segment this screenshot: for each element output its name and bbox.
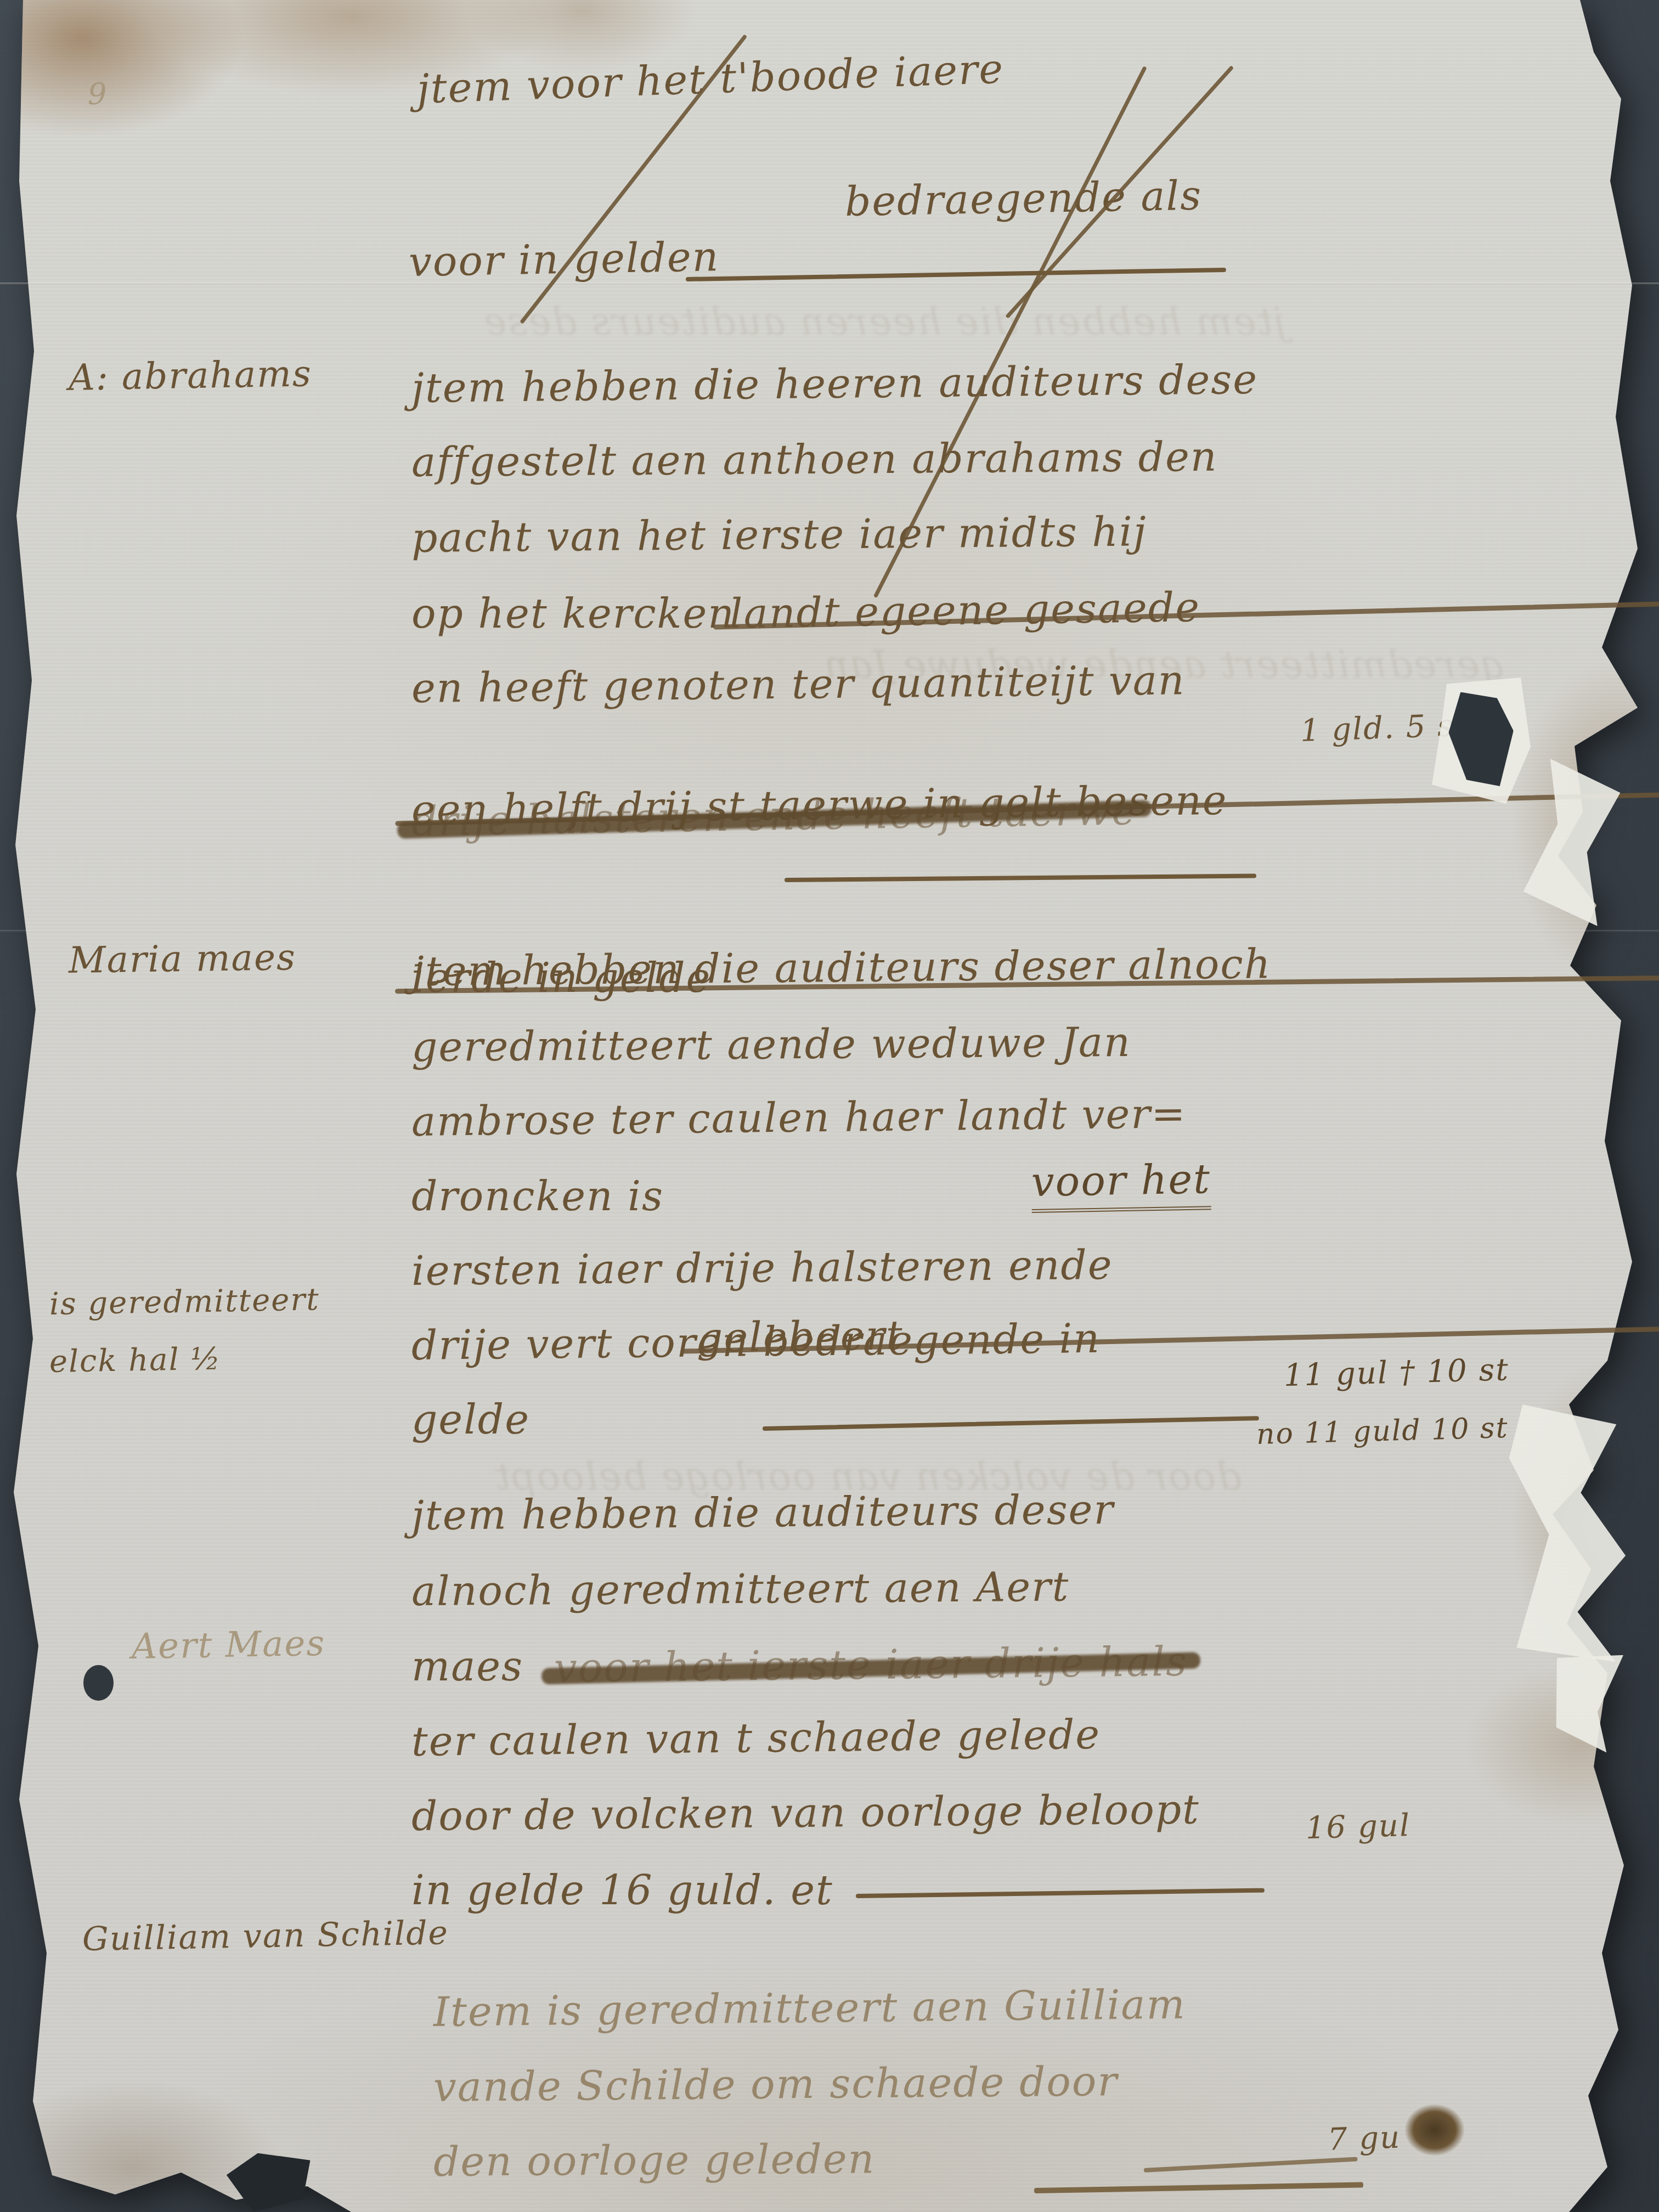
entry3-amount: 16 gul [1305, 1808, 1411, 1846]
entry3-line: alnoch geredmitteert aen Aert [411, 1564, 1070, 1615]
entry2-line: droncken is [411, 1173, 664, 1220]
entry4-line: Item is geredmitteert aen Guilliam [433, 1981, 1186, 2036]
paper-crease [0, 283, 1659, 285]
margin-name-abrahams: A: abrahams [68, 352, 312, 399]
entry2-line: jtem hebben die auditeurs deser alnoch [411, 940, 1272, 995]
entry1-line: jtem hebben die heeren auditeurs dese [411, 356, 1259, 412]
entry3-line: in gelde 16 guld. et [411, 1867, 833, 1914]
ink-blot [1404, 2104, 1465, 2156]
entry3-line: jtem hebben die auditeurs deser [411, 1486, 1115, 1539]
ink-bleedthrough: jtem hebben die heeren auditeurs dese [483, 299, 1286, 344]
entry3-line: maes [411, 1643, 523, 1690]
entry1-line: affgestelt aen anthoen abrahams den [411, 433, 1218, 486]
margin-name-aert-maes: Aert Maes [131, 1623, 325, 1667]
entry2-line: drije vert coren bedraegende in [411, 1315, 1101, 1369]
header-line-2: bedraegende als [844, 172, 1202, 225]
entry2-line: ambrose ter caulen haer landt ver= [411, 1090, 1187, 1145]
entry3-line: door de volcken van oorloge beloopt [411, 1786, 1200, 1840]
entry1-line: pacht van het ierste iaer midts hij [411, 508, 1147, 562]
entry2-insertion-underlined: voor het [1031, 1155, 1211, 1213]
page-number: 9 [88, 77, 108, 111]
entry2-line: gelde [411, 1396, 530, 1443]
margin-note: elck hal ½ [49, 1341, 222, 1380]
entry2-amount: 11 gul † 10 st [1283, 1352, 1509, 1393]
margin-name-maria-maes: Maria maes [68, 936, 296, 981]
entry4-line: den oorloge geleden [433, 2135, 876, 2186]
paper-nick [83, 1665, 114, 1701]
entry2-amount-repeat: no 11 guld 10 st [1256, 1412, 1509, 1451]
entry1-line: op het kercken [411, 590, 735, 637]
entry4-line: vande Schilde om schaede door [433, 2058, 1119, 2111]
paper-crease [0, 930, 1659, 932]
entry1-line: en heeft genoten ter quantiteijt van [411, 657, 1186, 712]
entry2-line: iersten iaer drije halsteren ende [411, 1242, 1113, 1295]
margin-note: is geredmitteert [49, 1282, 320, 1322]
entry4-amount: 7 gu [1327, 2119, 1402, 2158]
manuscript-photo: jtem hebben die heeren auditeurs dese ge… [0, 0, 1659, 2212]
entry3-line: ter caulen van t schaede gelede [411, 1711, 1101, 1765]
header-line-3: voor in gelden [408, 233, 720, 286]
entry3-line-cancelled: voor het ierste iaer drije hals [554, 1638, 1188, 1692]
entry2-line: geredmitteert aende weduwe Jan [411, 1019, 1131, 1071]
margin-name-guilliam: Guilliam van Schilde [82, 1914, 449, 1959]
